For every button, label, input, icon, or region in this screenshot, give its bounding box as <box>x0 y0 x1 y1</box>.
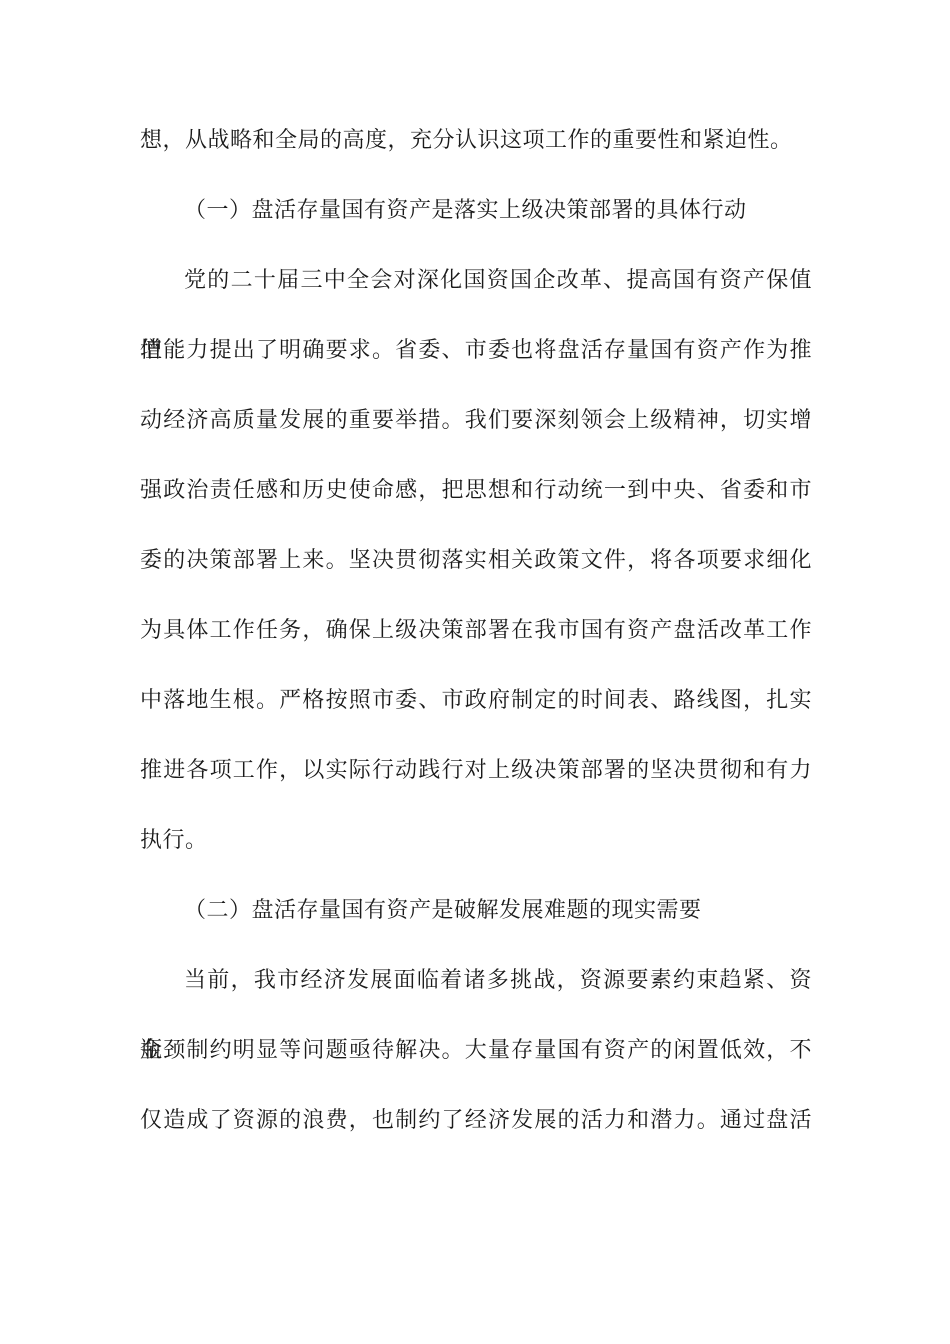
body-line: 推进各项工作，以实际行动践行对上级决策部署的坚决贯彻和有力 <box>140 735 812 805</box>
body-line: 执行。 <box>140 805 812 875</box>
body-line: 动经济高质量发展的重要举措。我们要深刻领会上级精神，切实增 <box>140 385 812 455</box>
body-line: 党的二十届三中全会对深化国资国企改革、提高国有资产保值增 <box>140 245 812 315</box>
body-line: 仅造成了资源的浪费，也制约了经济发展的活力和潜力。通过盘活 <box>140 1085 812 1155</box>
document-body: 想，从战略和全局的高度，充分认识这项工作的重要性和紧迫性。 （一）盘活存量国有资… <box>140 105 812 1155</box>
body-line: 为具体工作任务，确保上级决策部署在我市国有资产盘活改革工作 <box>140 595 812 665</box>
body-line: 当前，我市经济发展面临着诸多挑战，资源要素约束趋紧、资金 <box>140 945 812 1015</box>
body-line: 委的决策部署上来。坚决贯彻落实相关政策文件，将各项要求细化 <box>140 525 812 595</box>
paragraph-continuation-line: 想，从战略和全局的高度，充分认识这项工作的重要性和紧迫性。 <box>140 105 812 175</box>
section-heading-1: （一）盘活存量国有资产是落实上级决策部署的具体行动 <box>140 175 812 245</box>
body-line: 中落地生根。严格按照市委、市政府制定的时间表、路线图，扎实 <box>140 665 812 735</box>
section-heading-2: （二）盘活存量国有资产是破解发展难题的现实需要 <box>140 875 812 945</box>
body-line: 瓶颈制约明显等问题亟待解决。大量存量国有资产的闲置低效，不 <box>140 1015 812 1085</box>
body-line: 强政治责任感和历史使命感，把思想和行动统一到中央、省委和市 <box>140 455 812 525</box>
document-page: 想，从战略和全局的高度，充分认识这项工作的重要性和紧迫性。 （一）盘活存量国有资… <box>0 0 950 1344</box>
body-line: 值能力提出了明确要求。省委、市委也将盘活存量国有资产作为推 <box>140 315 812 385</box>
